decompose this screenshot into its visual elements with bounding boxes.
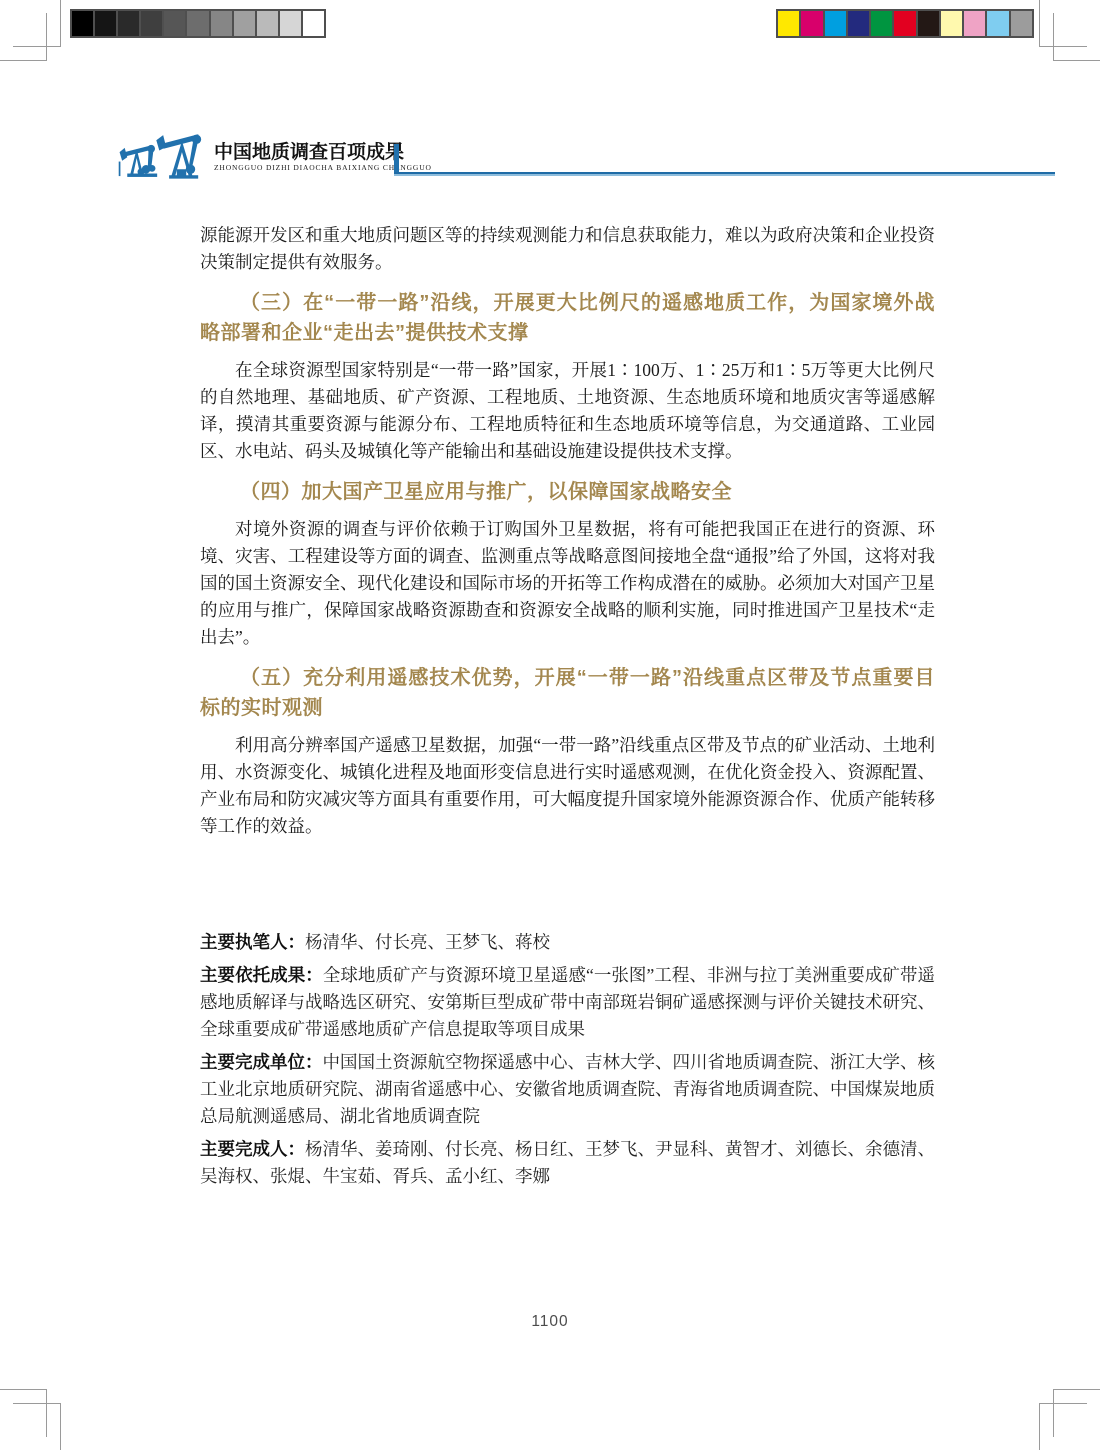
book-title: 中国地质调查百项成果 <box>214 137 404 164</box>
crop-mark <box>0 1389 47 1390</box>
crop-mark <box>60 0 61 47</box>
credit-authors: 主要执笔人：杨清华、付长亮、王梦飞、蒋校 <box>200 929 935 956</box>
grayscale-swatch <box>234 11 255 36</box>
color-swatch <box>918 11 939 36</box>
crop-mark <box>1039 0 1040 47</box>
credits-block: 主要执笔人：杨清华、付长亮、王梦飞、蒋校 主要依托成果：全球地质矿产与资源环境卫… <box>200 929 935 1190</box>
section-body-5: 利用高分辨率国产遥感卫星数据，加强“一带一路”沿线重点区带及节点的矿业活动、土地… <box>200 732 935 840</box>
intro-paragraph: 源能源开发区和重大地质问题区等的持续观测能力和信息获取能力，难以为政府决策和企业… <box>200 222 935 276</box>
section-body-4: 对境外资源的调查与评价依赖于订购国外卫星数据，将有可能把我国正在进行的资源、环境… <box>200 516 935 651</box>
crop-mark <box>1053 1389 1054 1437</box>
grayscale-swatch <box>187 11 208 36</box>
crop-mark <box>1039 1403 1087 1404</box>
color-swatch <box>964 11 985 36</box>
grayscale-swatch <box>211 11 232 36</box>
crop-mark <box>46 1389 47 1437</box>
book-title-pinyin: ZHONGGUO DIZHI DIAOCHA BAIXIANG CHENGGUO <box>214 163 432 172</box>
crop-mark <box>0 60 47 61</box>
credit-contributors: 主要完成人：杨清华、姜琦刚、付长亮、杨日红、王梦飞、尹显科、黄智才、刘德长、余德… <box>200 1136 935 1190</box>
crop-mark <box>13 1403 61 1404</box>
page-content: 源能源开发区和重大地质问题区等的持续观测能力和信息获取能力，难以为政府决策和企业… <box>200 222 935 1190</box>
credit-value: 杨清华、付长亮、王梦飞、蒋校 <box>305 932 550 952</box>
section-body-3: 在全球资源型国家特别是“一带一路”国家，开展1∶100万、1∶25万和1∶5万等… <box>200 357 935 465</box>
color-swatch <box>848 11 869 36</box>
grayscale-swatch <box>257 11 278 36</box>
color-swatch <box>894 11 915 36</box>
crop-mark <box>60 1403 61 1450</box>
color-swatch <box>778 11 799 36</box>
color-calibration-bar <box>776 9 1034 38</box>
color-swatch <box>871 11 892 36</box>
section-heading-4: （四）加大国产卫星应用与推广，以保障国家战略安全 <box>200 477 935 507</box>
grayscale-calibration-bar <box>70 9 326 38</box>
crop-mark <box>46 13 47 61</box>
color-swatch <box>1011 11 1032 36</box>
crop-mark <box>1053 1389 1100 1390</box>
header-rule <box>394 172 1055 176</box>
grayscale-swatch <box>118 11 139 36</box>
credit-label: 主要执笔人： <box>200 932 305 952</box>
credit-label: 主要依托成果： <box>200 965 323 985</box>
crop-mark <box>1053 60 1100 61</box>
color-swatch <box>987 11 1008 36</box>
pumpjack-logo-icon <box>117 123 211 189</box>
credit-supporting-results: 主要依托成果：全球地质矿产与资源环境卫星遥感“一张图”工程、非洲与拉丁美洲重要成… <box>200 962 935 1043</box>
page-number: 1100 <box>0 1313 1100 1331</box>
credit-label: 主要完成单位： <box>200 1052 323 1072</box>
credit-label: 主要完成人： <box>200 1139 305 1159</box>
crop-mark <box>13 46 61 47</box>
color-swatch <box>825 11 846 36</box>
crop-mark <box>1039 46 1087 47</box>
grayscale-swatch <box>164 11 185 36</box>
section-heading-3: （三）在“一带一路”沿线，开展更大比例尺的遥感地质工作，为国家境外战略部署和企业… <box>200 288 935 348</box>
crop-mark <box>1039 1403 1040 1450</box>
crop-mark <box>1053 13 1054 61</box>
credit-organizations: 主要完成单位：中国国土资源航空物探遥感中心、吉林大学、四川省地质调查院、浙江大学… <box>200 1049 935 1130</box>
section-heading-5: （五）充分利用遥感技术优势，开展“一带一路”沿线重点区带及节点重要目标的实时观测 <box>200 663 935 723</box>
credit-value: 杨清华、姜琦刚、付长亮、杨日红、王梦飞、尹显科、黄智才、刘德长、余德清、吴海权、… <box>200 1139 935 1186</box>
grayscale-swatch <box>95 11 116 36</box>
color-swatch <box>941 11 962 36</box>
grayscale-swatch <box>280 11 301 36</box>
grayscale-swatch <box>141 11 162 36</box>
book-page: 中国地质调查百项成果 ZHONGGUO DIZHI DIAOCHA BAIXIA… <box>0 0 1100 1450</box>
grayscale-swatch <box>72 11 93 36</box>
color-swatch <box>801 11 822 36</box>
grayscale-swatch <box>303 11 324 36</box>
